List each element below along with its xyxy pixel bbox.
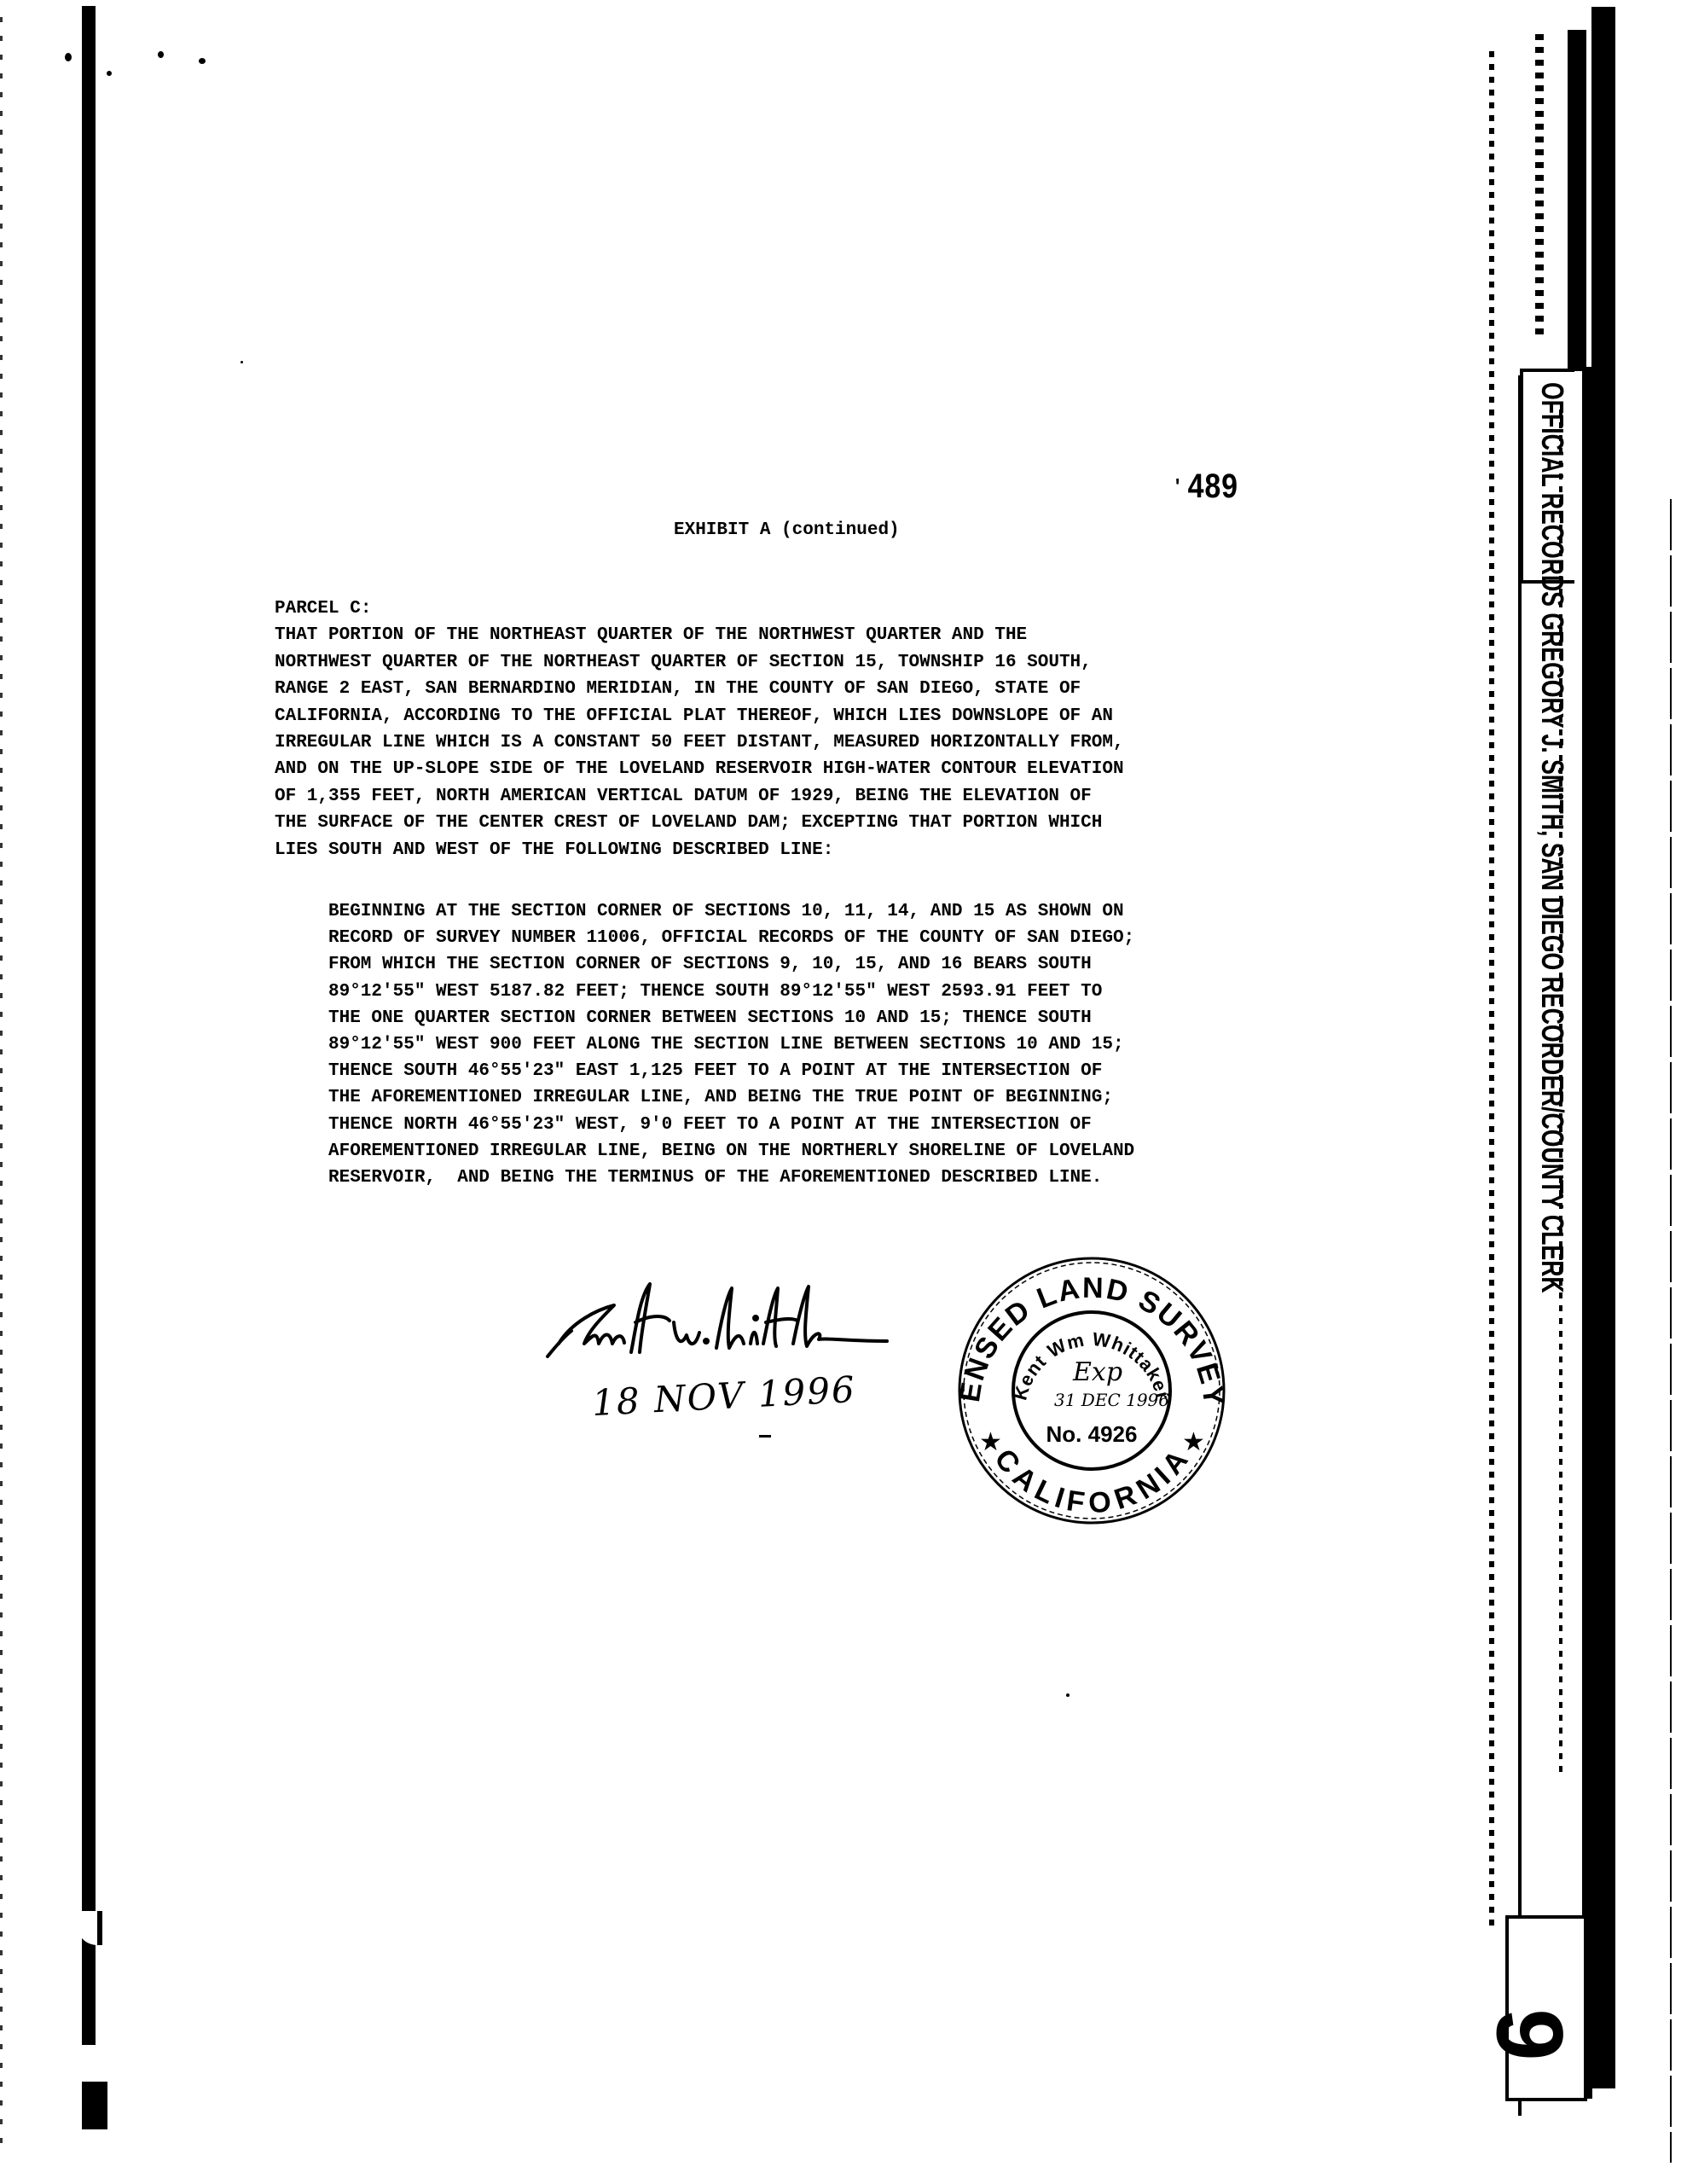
parcel-line: IRREGULAR LINE WHICH IS A CONSTANT 50 FE… bbox=[275, 729, 1409, 756]
parcel-description: PARCEL C:THAT PORTION OF THE NORTHEAST Q… bbox=[275, 595, 1409, 863]
parcel-line: AND ON THE UP-SLOPE SIDE OF THE LOVELAND… bbox=[275, 756, 1409, 782]
surveyor-seal: LICENSED LAND SURVEYOR CALIFORNIA Kent W… bbox=[945, 1252, 1238, 1525]
scan-left-border bbox=[82, 6, 96, 2045]
scan-right-border bbox=[1591, 7, 1615, 2088]
surveyor-signature bbox=[537, 1271, 904, 1374]
description-line: 89°12'55" WEST 900 FEET ALONG THE SECTIO… bbox=[328, 1031, 1437, 1058]
seal-exp-label: Exp bbox=[1072, 1357, 1122, 1387]
parcel-line: NORTHWEST QUARTER OF THE NORTHEAST QUART… bbox=[275, 649, 1409, 676]
parcel-line: CALIFORNIA, ACCORDING TO THE OFFICIAL PL… bbox=[275, 703, 1409, 729]
scan-mark bbox=[759, 1435, 771, 1438]
star-icon: ★ bbox=[1182, 1427, 1205, 1457]
recorder-stamp-label: OFFICIAL RECORDS GREGORY J. SMITH, SAN D… bbox=[1535, 382, 1569, 1293]
stamp-border bbox=[1518, 375, 1522, 2116]
scan-speck bbox=[199, 58, 206, 64]
description-line: THE AFOREMENTIONED IRREGULAR LINE, AND B… bbox=[328, 1084, 1437, 1111]
description-line: FROM WHICH THE SECTION CORNER OF SECTION… bbox=[328, 951, 1437, 978]
description-line: THE ONE QUARTER SECTION CORNER BETWEEN S… bbox=[328, 1005, 1437, 1031]
description-line: THENCE NORTH 46°55'23" WEST, 9'0 FEET TO… bbox=[328, 1112, 1437, 1138]
description-line: AFOREMENTIONED IRREGULAR LINE, BEING ON … bbox=[328, 1138, 1437, 1165]
scan-edge-marks bbox=[0, 17, 3, 2150]
parcel-heading: PARCEL C: bbox=[275, 595, 1409, 622]
scan-left-border-foot bbox=[82, 2082, 107, 2129]
seal-license-number: No. 4926 bbox=[1046, 1421, 1138, 1447]
description-line: RECORD OF SURVEY NUMBER 11006, OFFICIAL … bbox=[328, 925, 1437, 951]
parcel-line: THAT PORTION OF THE NORTHEAST QUARTER OF… bbox=[275, 622, 1409, 648]
page-number-value: 489 bbox=[1188, 468, 1238, 505]
description-line: RESERVOIR, AND BEING THE TERMINUS OF THE… bbox=[328, 1165, 1437, 1191]
stamp-border bbox=[1568, 30, 1586, 371]
scan-speckle bbox=[1535, 34, 1544, 341]
description-line: 89°12'55" WEST 5187.82 FEET; THENCE SOUT… bbox=[328, 979, 1437, 1005]
page-number: '489 bbox=[1175, 468, 1238, 506]
seal-exp-date: 31 DEC 1996 bbox=[1054, 1390, 1169, 1410]
description-line: BEGINNING AT THE SECTION CORNER OF SECTI… bbox=[328, 898, 1437, 925]
star-icon: ★ bbox=[979, 1427, 1002, 1457]
scan-speck bbox=[158, 51, 164, 58]
document-number-digit: 9 bbox=[1482, 2008, 1576, 2060]
scan-left-notch bbox=[77, 1911, 102, 1945]
page-number-tick: ' bbox=[1175, 473, 1180, 499]
parcel-line: RANGE 2 EAST, SAN BERNARDINO MERIDIAN, I… bbox=[275, 676, 1409, 702]
signature-date: 18 NOV 1996 bbox=[591, 1368, 857, 1424]
parcel-line: THE SURFACE OF THE CENTER CREST OF LOVEL… bbox=[275, 810, 1409, 836]
scan-speckle bbox=[1489, 51, 1494, 1928]
line-description: BEGINNING AT THE SECTION CORNER OF SECTI… bbox=[328, 898, 1437, 1191]
scan-speck bbox=[241, 361, 243, 363]
exhibit-title: EXHIBIT A (continued) bbox=[674, 520, 900, 540]
scan-right-edge-line bbox=[1670, 499, 1672, 2163]
description-line: THENCE SOUTH 46°55'23" EAST 1,125 FEET T… bbox=[328, 1058, 1437, 1084]
recorder-stamp-text: OFFICIAL RECORDS GREGORY J. SMITH, SAN D… bbox=[1535, 382, 1569, 1534]
scan-speck bbox=[1066, 1693, 1070, 1697]
scan-speck bbox=[107, 71, 112, 76]
parcel-line: LIES SOUTH AND WEST OF THE FOLLOWING DES… bbox=[275, 837, 1409, 863]
parcel-line: OF 1,355 FEET, NORTH AMERICAN VERTICAL D… bbox=[275, 783, 1409, 810]
scan-speck bbox=[65, 53, 72, 61]
seal-outer-bottom-text: CALIFORNIA bbox=[988, 1443, 1195, 1519]
